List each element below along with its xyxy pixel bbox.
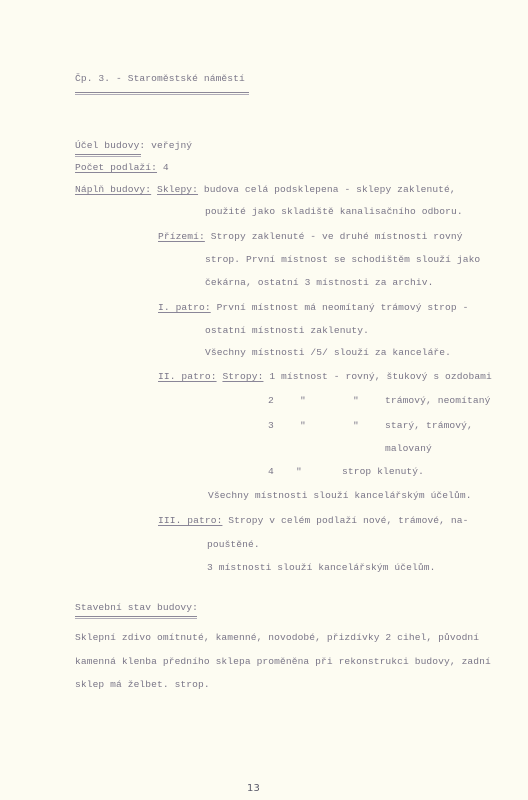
ground-floor-line-2: strop. První místnost se schodištěm slou… xyxy=(205,254,480,266)
purpose-line: Účel budovy: veřejný xyxy=(75,140,192,152)
room-2-ditto-2: " xyxy=(353,395,359,407)
room-2-ditto-1: " xyxy=(300,395,306,407)
third-floor-line-1: III. patro: Stropy v celém podlaží nové,… xyxy=(158,515,468,527)
room-2-num: 2 xyxy=(268,395,274,407)
cellar-line-1: Náplň budovy: Sklepy: budova celá podskl… xyxy=(75,184,456,196)
condition-underline xyxy=(75,616,197,617)
room-2-desc: trámový, neomítaný xyxy=(385,395,490,407)
page-number: 13 xyxy=(247,783,260,794)
purpose-label: Účel budovy: xyxy=(75,140,145,151)
ground-floor-label: Přízemí: xyxy=(158,231,205,242)
condition-heading: Stavební stav budovy: xyxy=(75,602,198,614)
ceilings-label: Stropy: xyxy=(222,371,263,382)
room-3-ditto-2: " xyxy=(353,420,359,432)
first-floor-line-2: ostatní místnosti zaklenuty. xyxy=(205,325,369,337)
second-floor-line-1: II. patro: Stropy: 1 místnost - rovný, š… xyxy=(158,371,492,383)
first-floor-label: I. patro: xyxy=(158,302,211,313)
floors-line: Počet podlaží: 4 xyxy=(75,162,169,174)
room-4-ditto: " xyxy=(296,466,302,478)
room-4-num: 4 xyxy=(268,466,274,478)
purpose-value: veřejný xyxy=(151,140,192,151)
second-floor-footer: Všechny místnosti slouží kancelářským úč… xyxy=(208,490,472,502)
room-3-ditto-1: " xyxy=(300,420,306,432)
room-3-num: 3 xyxy=(268,420,274,432)
second-floor-label: II. patro: xyxy=(158,371,217,382)
floors-value: 4 xyxy=(163,162,169,173)
first-floor-line-1: I. patro: První místnost má neomítaný tr… xyxy=(158,302,468,314)
cellar-line-2: použité jako skladiště kanalisačního odb… xyxy=(205,206,463,218)
ground-floor-line-3: čekárna, ostatní 3 místnosti za archiv. xyxy=(205,277,433,289)
cellar-label: Sklepy: xyxy=(157,184,198,195)
room-3-desc: starý, trámový, xyxy=(385,420,473,432)
condition-line-3: sklep má želbet. strop. xyxy=(75,679,210,691)
first-floor-line-3: Všechny místnosti /5/ slouží za kancelář… xyxy=(205,347,451,359)
room-4-desc: strop klenutý. xyxy=(342,466,424,478)
condition-line-1: Sklepní zdivo omítnuté, kamenné, novodob… xyxy=(75,632,479,644)
third-floor-line-2: pouštěné. xyxy=(207,539,260,551)
third-floor-line-3: 3 místnosti slouží kancelářským účelům. xyxy=(207,562,435,574)
purpose-underline xyxy=(75,154,141,155)
third-floor-label: III. patro: xyxy=(158,515,222,526)
document-title: Čp. 3. - Staroměstské náměstí xyxy=(75,73,245,85)
floors-label: Počet podlaží: xyxy=(75,162,157,173)
contents-label: Náplň budovy: xyxy=(75,184,151,195)
room-3-desc-cont: malovaný xyxy=(385,443,432,455)
title-underline xyxy=(75,92,249,93)
ground-floor-line-1: Přízemí: Stropy zaklenuté - ve druhé mís… xyxy=(158,231,463,243)
condition-line-2: kamenná klenba předního sklepa proměněna… xyxy=(75,656,491,668)
